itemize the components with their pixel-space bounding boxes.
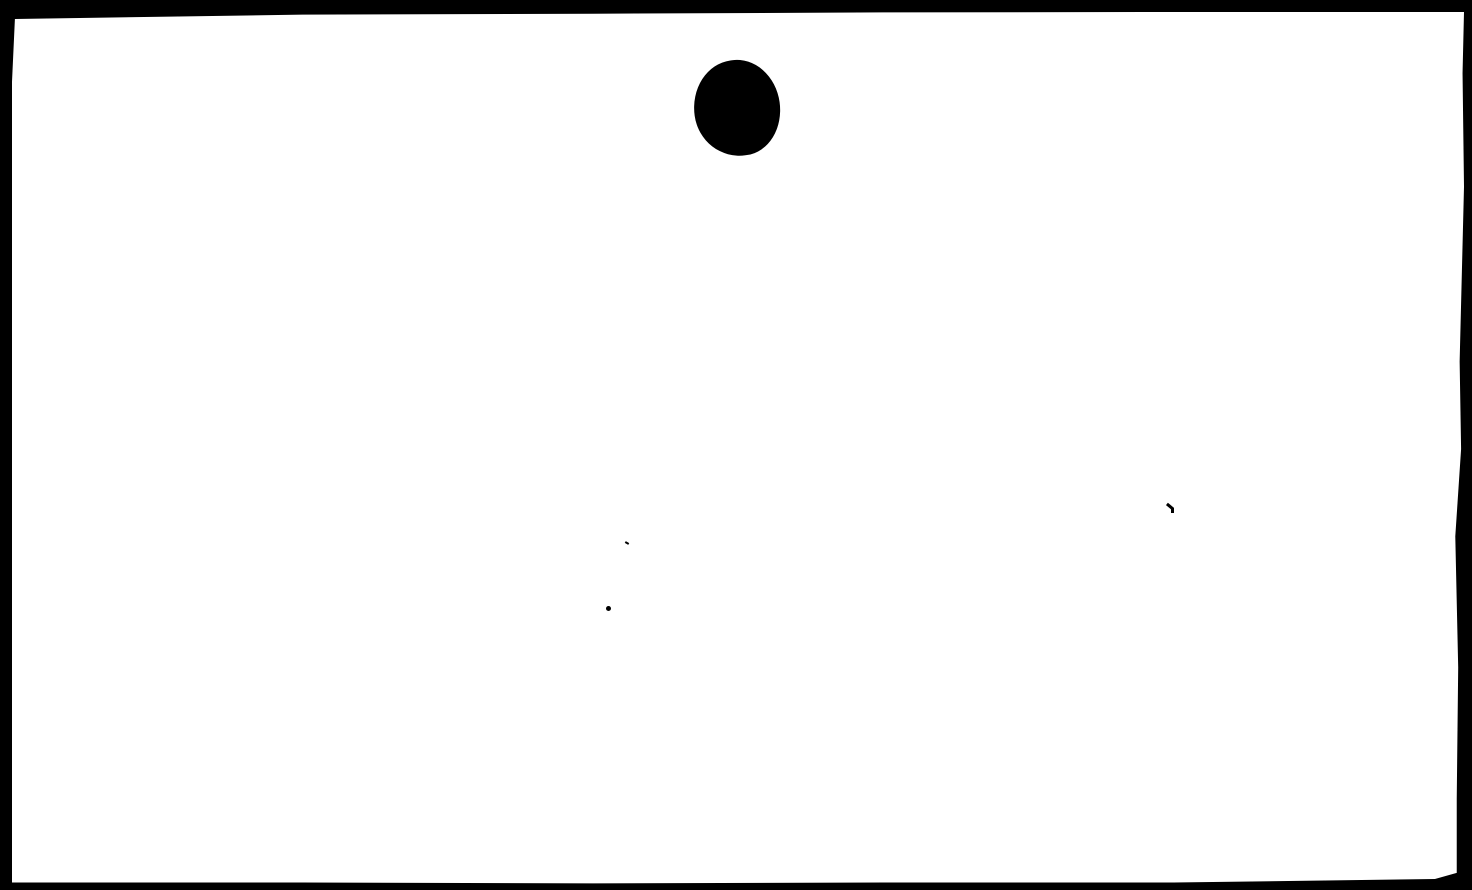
speck-mark [1171, 508, 1174, 513]
photo-scene [0, 0, 1472, 890]
speck-dot [606, 606, 611, 611]
